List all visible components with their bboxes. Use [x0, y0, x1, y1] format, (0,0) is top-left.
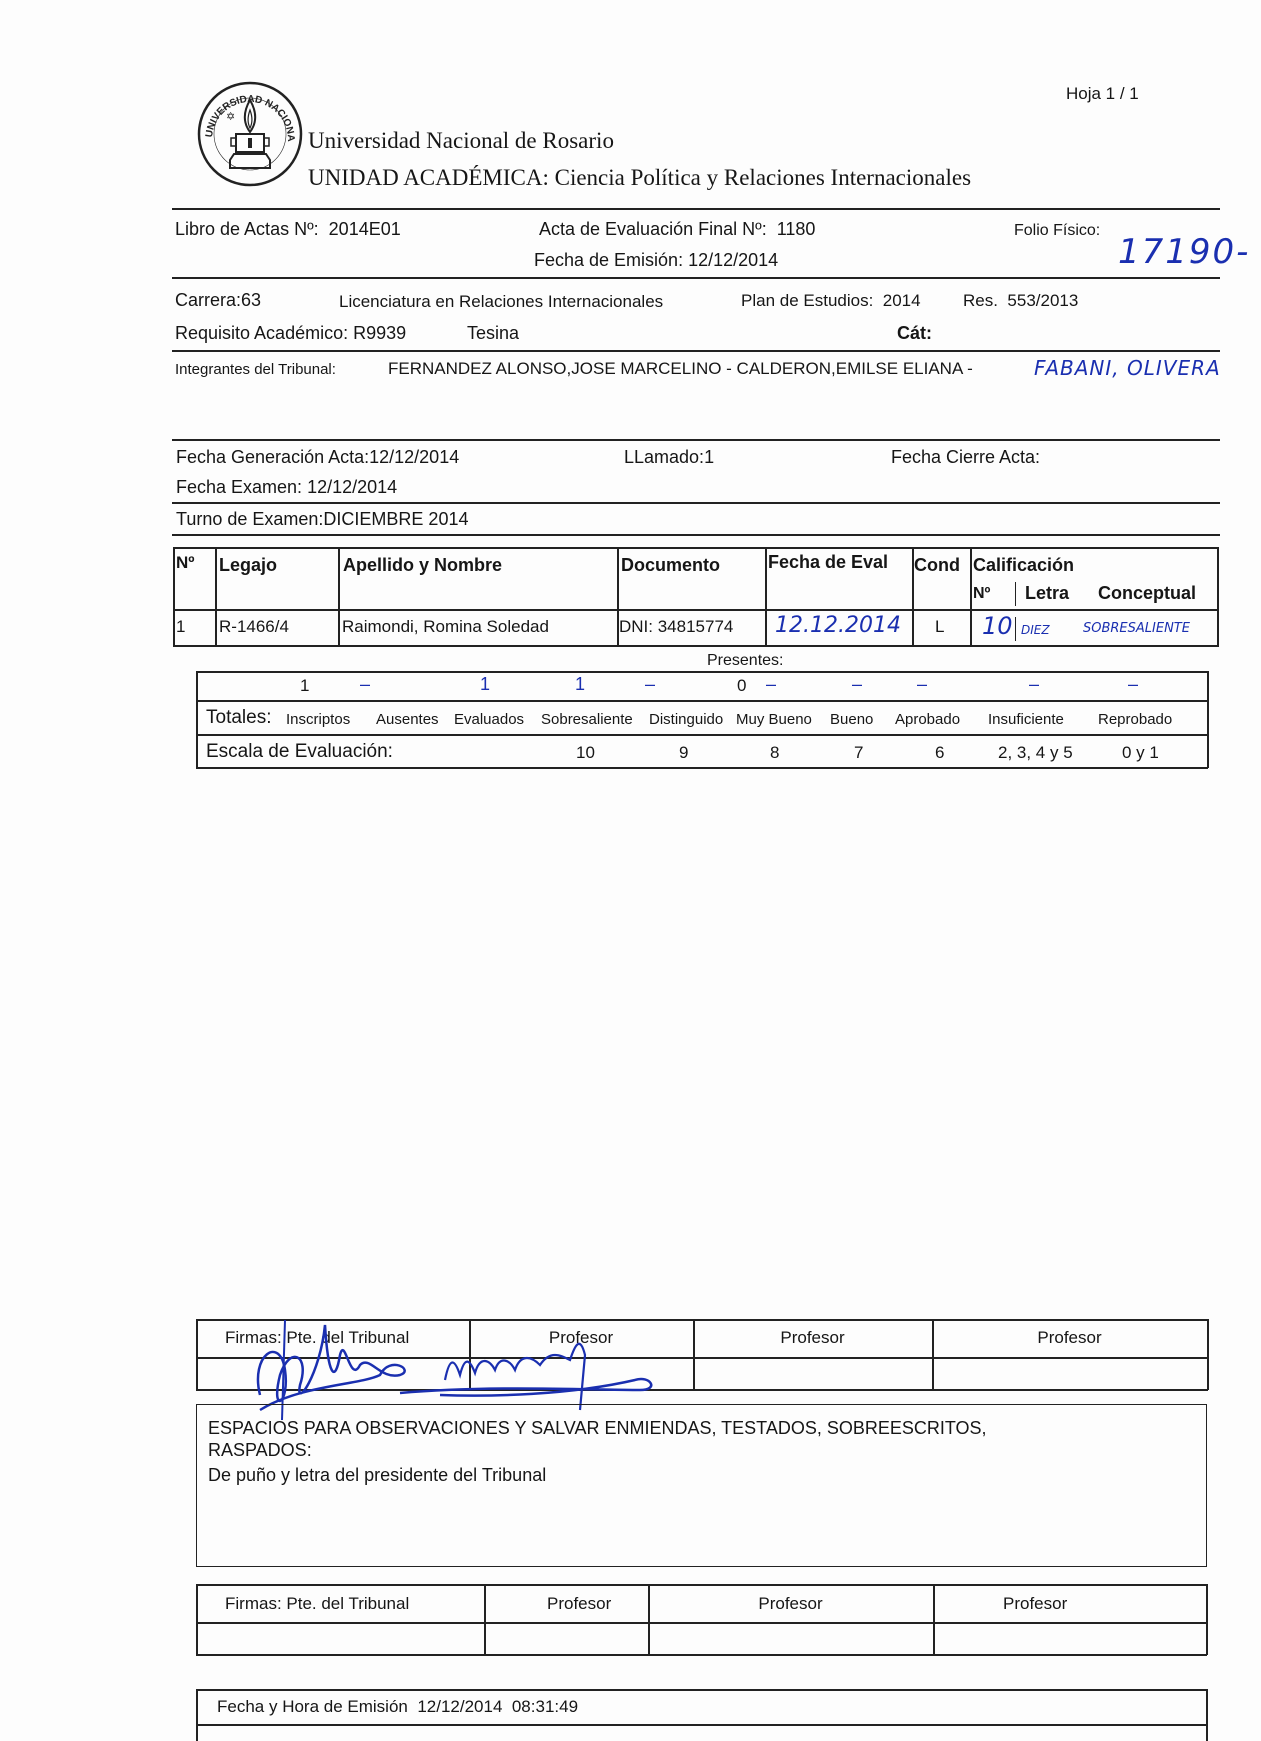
sig2-header-profesor-2: Profesor [648, 1594, 933, 1614]
cell-documento: DNI: 34815774 [619, 617, 733, 637]
res-label: Res. [963, 291, 998, 310]
totals-category: Bueno [830, 711, 873, 728]
observations-title-2: RASPADOS: [208, 1440, 312, 1461]
totals-category: Distinguido [649, 711, 723, 728]
header-num: Nº [176, 553, 195, 573]
header-letra: Letra [1025, 583, 1069, 604]
llamado-label: LLamado: [624, 447, 704, 467]
carrera: Carrera:63 [175, 290, 261, 311]
turno-label: Turno de Examen: [176, 509, 323, 529]
emision-datetime-value: 12/12/2014 08:31:49 [417, 1697, 578, 1716]
totales-label: Totales: [206, 707, 271, 729]
escala-value: 10 [576, 743, 595, 763]
fecha-cierre: Fecha Cierre Acta: [891, 447, 1040, 468]
libro-label: Libro de Actas Nº: [175, 219, 319, 239]
cell-fecha-eval: 12.12.2014 [775, 613, 901, 638]
examen-label: Fecha Examen: [176, 477, 302, 497]
cell-letra: DIEZ [1021, 623, 1050, 637]
generacion-value: 12/12/2014 [369, 447, 459, 467]
cell-conceptual: SOBRESALIENTE [1083, 621, 1190, 636]
carrera-name: Licenciatura en Relaciones Internacional… [339, 292, 663, 312]
libro-value: 2014E01 [329, 219, 401, 239]
divider [172, 439, 1220, 441]
requisito: Requisito Académico: R9939 [175, 323, 406, 344]
sig2-header-profesor-3: Profesor [1003, 1594, 1067, 1614]
header-legajo: Legajo [219, 555, 277, 576]
acta-value: 1180 [777, 219, 816, 239]
totals-category: Reprobado [1098, 711, 1172, 728]
res-value: 553/2013 [1007, 291, 1078, 310]
totals-category: Insuficiente [988, 711, 1064, 728]
divider [172, 350, 1220, 352]
escala-value: 8 [770, 743, 779, 763]
plan-value: 2014 [883, 291, 921, 310]
sig2-header-presidente: Firmas: Pte. del Tribunal [225, 1594, 409, 1614]
acta-label: Acta de Evaluación Final Nº: [539, 219, 767, 239]
totals-category: Muy Bueno [736, 711, 812, 728]
header-calificacion: Calificación [973, 555, 1074, 576]
sig1-header-profesor-2: Profesor [693, 1328, 932, 1348]
header-nombre: Apellido y Nombre [343, 555, 502, 576]
header-cal-num: Nº [973, 585, 990, 603]
fecha-generacion: Fecha Generación Acta:12/12/2014 [176, 447, 459, 468]
carrera-value: 63 [241, 290, 261, 310]
llamado: LLamado:1 [624, 447, 714, 468]
escala-value: 7 [854, 743, 863, 763]
fecha-examen: Fecha Examen: 12/12/2014 [176, 477, 397, 498]
cierre-label: Fecha Cierre Acta: [891, 447, 1040, 467]
folio-label: Folio Físico: [1014, 222, 1100, 240]
seal-icon: UNIVERSIDAD NACIONAL DE ROSARIO ✡ [196, 80, 304, 188]
totals-category: Aprobado [895, 711, 960, 728]
cell-cal-num: 10 [982, 612, 1013, 640]
divider [172, 208, 1220, 210]
turno-value: DICIEMBRE 2014 [323, 509, 468, 529]
totals-value: 1 [300, 676, 309, 696]
header-cond: Cond [914, 555, 960, 576]
totals-category: Sobresaliente [541, 711, 633, 728]
header-documento: Documento [621, 555, 720, 576]
tribunal-handwritten: FABANI, OLIVERA [1034, 356, 1221, 380]
cat-label: Cát: [897, 323, 932, 344]
university-name: Universidad Nacional de Rosario [308, 128, 614, 154]
totals-value: 0 [737, 676, 746, 696]
requisito-value: R9939 [353, 323, 406, 343]
totals-category: Inscriptos [286, 711, 350, 728]
carrera-label: Carrera: [175, 290, 241, 310]
totals-value: – [852, 674, 862, 695]
plan-estudios: Plan de Estudios: 2014 [741, 291, 921, 311]
llamado-value: 1 [704, 447, 714, 467]
tribunal-label: Integrantes del Tribunal: [175, 361, 336, 378]
page-indicator: Hoja 1 / 1 [1066, 84, 1139, 104]
totals-value: – [1029, 674, 1039, 695]
escala-value: 9 [679, 743, 688, 763]
cell-legajo: R-1466/4 [219, 617, 289, 637]
emision-datetime-label: Fecha y Hora de Emisión [217, 1697, 408, 1716]
resolucion: Res. 553/2013 [963, 291, 1078, 311]
divider [172, 534, 1220, 536]
totals-value: – [917, 674, 927, 695]
university-seal: UNIVERSIDAD NACIONAL DE ROSARIO ✡ [196, 80, 304, 188]
divider [172, 502, 1220, 504]
totals-value: – [360, 674, 370, 695]
plan-label: Plan de Estudios: [741, 291, 873, 310]
academic-unit: UNIDAD ACADÉMICA: Ciencia Política y Rel… [308, 165, 971, 191]
totals-value: – [766, 674, 776, 695]
observations-title: ESPACIOS PARA OBSERVACIONES Y SALVAR ENM… [208, 1418, 987, 1439]
sig2-header-profesor-1: Profesor [547, 1594, 611, 1614]
cell-cond: L [935, 617, 944, 637]
tribunal-members: FERNANDEZ ALONSO,JOSE MARCELINO - CALDER… [388, 359, 973, 379]
fecha-emision: Fecha de Emisión: 12/12/2014 [534, 250, 778, 271]
emision-datetime: Fecha y Hora de Emisión 12/12/2014 08:31… [217, 1697, 578, 1717]
libro-actas: Libro de Actas Nº: 2014E01 [175, 219, 401, 240]
escala-value: 2, 3, 4 y 5 [998, 743, 1073, 763]
turno-examen: Turno de Examen:DICIEMBRE 2014 [176, 509, 468, 530]
header-fecha-eval: Fecha de Eval [768, 552, 888, 573]
escala-value: 6 [935, 743, 944, 763]
cell-nombre: Raimondi, Romina Soledad [342, 617, 549, 637]
totals-value: 1 [575, 674, 585, 695]
sig1-header-profesor-3: Profesor [932, 1328, 1207, 1348]
presentes-label: Presentes: [707, 652, 783, 670]
requisito-name: Tesina [467, 323, 519, 344]
totals-category: Ausentes [376, 711, 439, 728]
observations-note: De puño y letra del presidente del Tribu… [208, 1465, 546, 1486]
folio-handwritten-value: 17190- [1118, 232, 1250, 272]
generacion-label: Fecha Generación Acta: [176, 447, 369, 467]
escala-value: 0 y 1 [1122, 743, 1159, 763]
totals-value: – [645, 674, 655, 695]
header-conceptual: Conceptual [1098, 583, 1196, 604]
examen-value: 12/12/2014 [307, 477, 397, 497]
totals-category: Evaluados [454, 711, 524, 728]
totals-value: – [1128, 674, 1138, 695]
escala-label: Escala de Evaluación: [206, 741, 393, 763]
totals-value: 1 [480, 674, 490, 695]
emision-value: 12/12/2014 [688, 250, 778, 270]
emision-label: Fecha de Emisión: [534, 250, 683, 270]
acta-numero: Acta de Evaluación Final Nº: 1180 [539, 219, 815, 240]
divider [172, 277, 1220, 279]
requisito-label: Requisito Académico: [175, 323, 348, 343]
svg-text:✡: ✡ [226, 111, 235, 123]
cell-num: 1 [176, 617, 185, 637]
